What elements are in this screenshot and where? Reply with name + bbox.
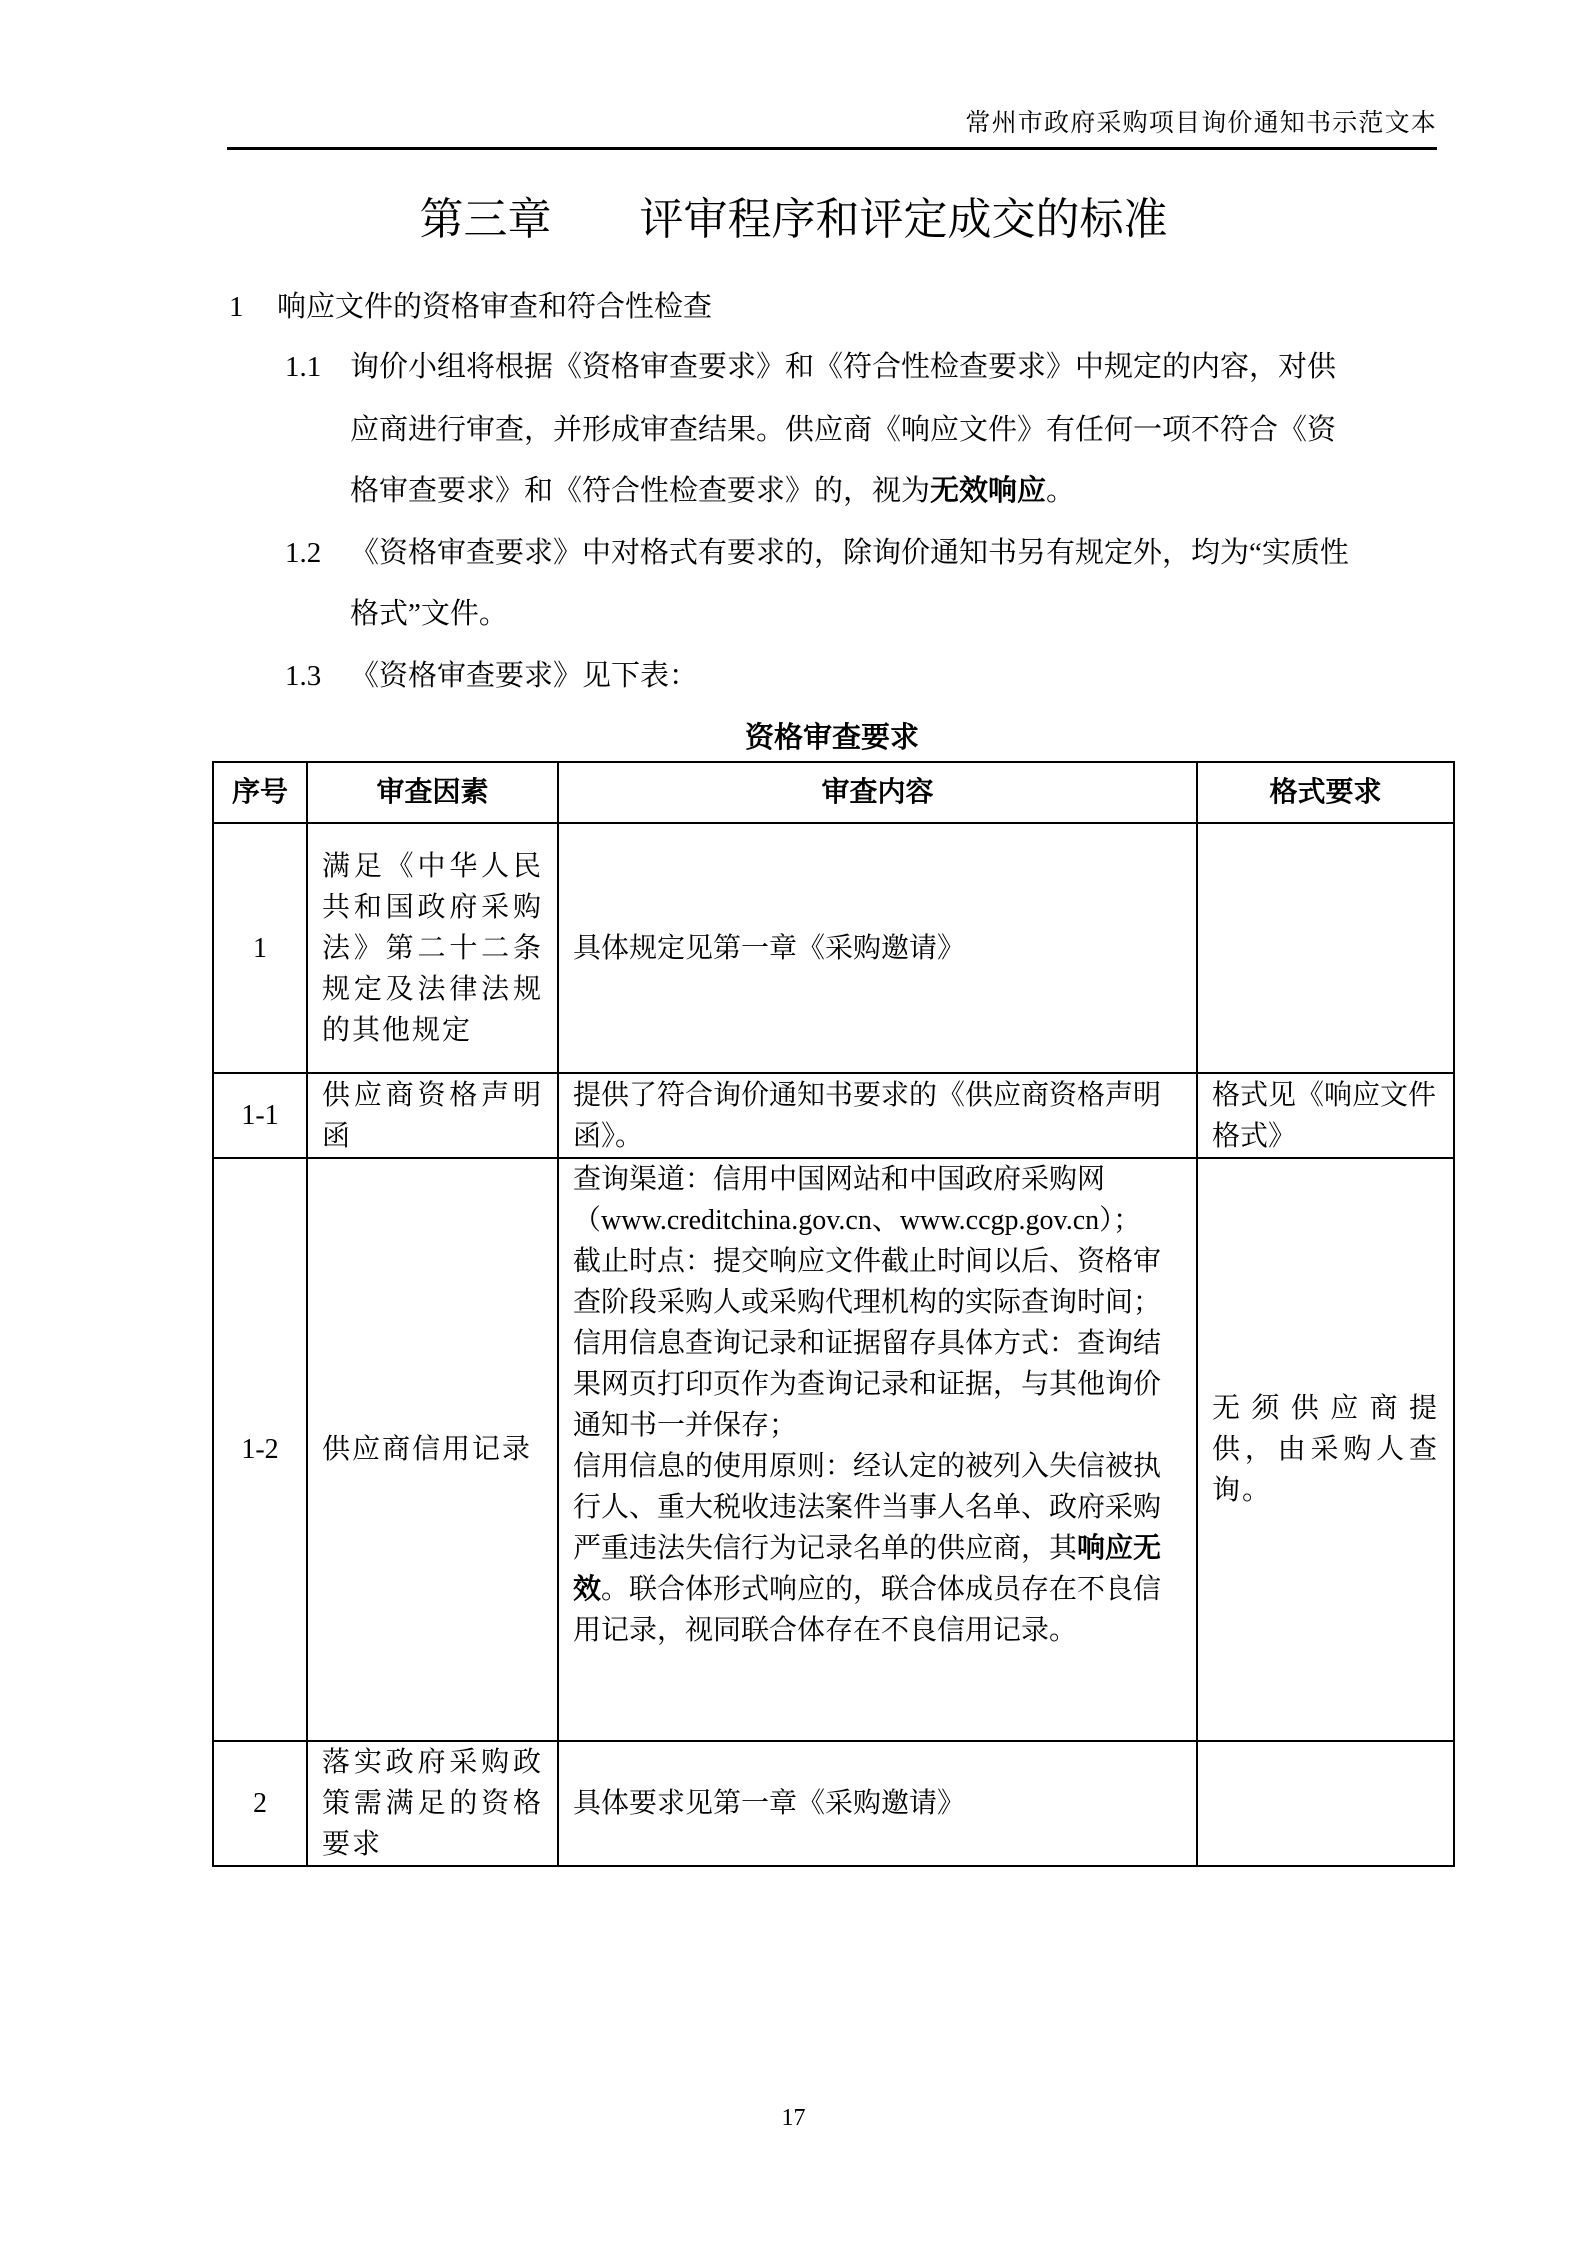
section-1-1-line-2: 应商进行审查，并形成审查结果。供应商《响应文件》有任何一项不符合《资: [350, 410, 1336, 450]
table-row: 1 满足《中华人民共和国政府采购法》第二十二条规定及法律法规的其他规定 具体规定…: [213, 823, 1454, 1073]
credit-record-retention: 信用信息查询记录和证据留存具体方式：查询结果网页打印页作为查询记录和证据，与其他…: [573, 1323, 1182, 1446]
qualification-review-table: 序号 审查因素 审查内容 格式要求 1 满足《中华人民共和国政府采购法》第二十二…: [212, 761, 1455, 1867]
chapter-title: 第三章 评审程序和评定成交的标准: [0, 192, 1587, 248]
section-number: 1.3: [285, 656, 350, 696]
cell-content: 提供了符合询价通知书要求的《供应商资格声明函》。: [558, 1073, 1197, 1158]
table-caption: 资格审查要求: [212, 718, 1452, 758]
page-number: 17: [0, 2103, 1587, 2133]
section-number: 1: [229, 287, 277, 327]
cell-no: 1-2: [213, 1158, 307, 1741]
cell-no: 1: [213, 823, 307, 1073]
paragraph-text: 格审查要求》和《符合性检查要求》的，视为: [350, 475, 930, 507]
section-1: 1响应文件的资格审查和符合性检查: [229, 287, 712, 327]
section-1-1-line-1: 1.1询价小组将根据《资格审查要求》和《符合性检查要求》中规定的内容，对供: [285, 347, 1336, 387]
column-header-content: 审查内容: [558, 762, 1197, 823]
column-header-no: 序号: [213, 762, 307, 823]
cell-format: [1197, 823, 1454, 1073]
section-number: 1.1: [285, 347, 350, 387]
cell-content: 具体规定见第一章《采购邀请》: [558, 823, 1197, 1073]
cell-factor: 供应商信用记录: [307, 1158, 558, 1741]
paragraph-text: 。: [1046, 475, 1075, 507]
cell-factor: 满足《中华人民共和国政府采购法》第二十二条规定及法律法规的其他规定: [307, 823, 558, 1073]
section-heading: 响应文件的资格审查和符合性检查: [277, 291, 712, 323]
cell-factor: 落实政府采购政策需满足的资格要求: [307, 1741, 558, 1866]
section-1-1-line-3: 格审查要求》和《符合性检查要求》的，视为无效响应。: [350, 471, 1075, 511]
paragraph-text: 应商进行审查，并形成审查结果。供应商《响应文件》有任何一项不符合《资: [350, 414, 1336, 446]
table-header-row: 序号 审查因素 审查内容 格式要求: [213, 762, 1454, 823]
paragraph-text: 询价小组将根据《资格审查要求》和《符合性检查要求》中规定的内容，对供: [350, 351, 1336, 383]
table-row: 1-1 供应商资格声明函 提供了符合询价通知书要求的《供应商资格声明函》。 格式…: [213, 1073, 1454, 1158]
section-number: 1.2: [285, 533, 350, 573]
credit-query-channel: 查询渠道：信用中国网站和中国政府采购网（www.creditchina.gov.…: [573, 1159, 1182, 1241]
section-1-3: 1.3《资格审查要求》见下表：: [285, 656, 698, 696]
cell-content: 查询渠道：信用中国网站和中国政府采购网（www.creditchina.gov.…: [558, 1158, 1197, 1741]
paragraph-text: 《资格审查要求》见下表：: [350, 660, 698, 692]
column-header-factor: 审查因素: [307, 762, 558, 823]
section-1-2-line-1: 1.2《资格审查要求》中对格式有要求的，除询价通知书另有规定外，均为“实质性: [285, 533, 1349, 573]
emphasis-invalid-response: 无效响应: [930, 475, 1046, 507]
paragraph-text: 《资格审查要求》中对格式有要求的，除询价通知书另有规定外，均为“实质性: [350, 537, 1349, 569]
cell-factor: 供应商资格声明函: [307, 1073, 558, 1158]
credit-cutoff-time: 截止时点：提交响应文件截止时间以后、资格审查阶段采购人或采购代理机构的实际查询时…: [573, 1241, 1182, 1323]
running-header: 常州市政府采购项目询价通知书示范文本: [965, 106, 1437, 142]
principle-text: 信用信息的使用原则：经认定的被列入失信被执行人、重大税收违法案件当事人名单、政府…: [573, 1451, 1161, 1564]
cell-format: 格式见《响应文件格式》: [1197, 1073, 1454, 1158]
principle-tail: 。联合体形式响应的，联合体成员存在不良信用记录，视同联合体存在不良信用记录。: [573, 1574, 1161, 1646]
cell-no: 2: [213, 1741, 307, 1866]
table-row: 2 落实政府采购政策需满足的资格要求 具体要求见第一章《采购邀请》: [213, 1741, 1454, 1866]
column-header-format: 格式要求: [1197, 762, 1454, 823]
header-rule: [227, 147, 1437, 150]
cell-content: 具体要求见第一章《采购邀请》: [558, 1741, 1197, 1866]
paragraph-text: 格式”文件。: [350, 598, 508, 630]
cell-format: [1197, 1741, 1454, 1866]
table-row: 1-2 供应商信用记录 查询渠道：信用中国网站和中国政府采购网（www.cred…: [213, 1158, 1454, 1741]
cell-format: 无须供应商提供，由采购人查询。: [1197, 1158, 1454, 1741]
cell-no: 1-1: [213, 1073, 307, 1158]
credit-usage-principle: 信用信息的使用原则：经认定的被列入失信被执行人、重大税收违法案件当事人名单、政府…: [573, 1446, 1182, 1651]
section-1-2-line-2: 格式”文件。: [350, 594, 508, 634]
